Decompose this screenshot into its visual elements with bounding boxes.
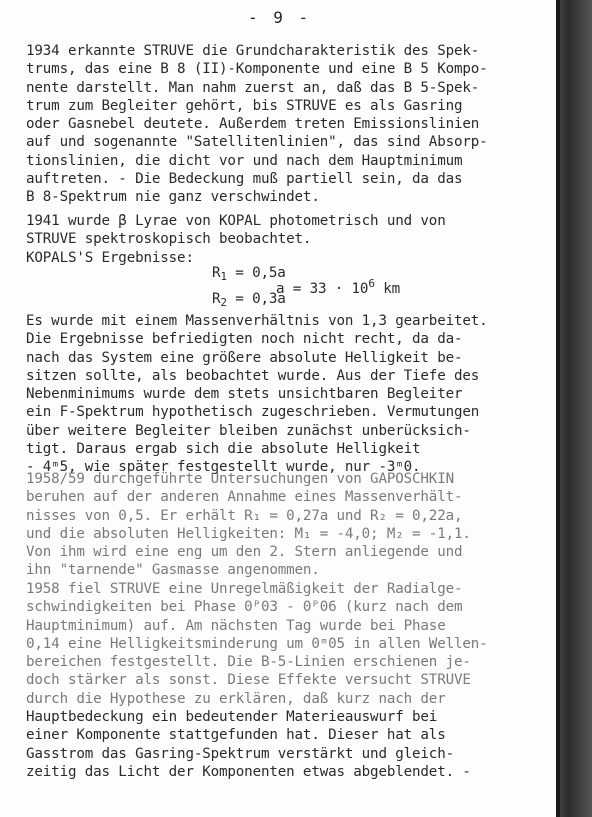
text-line: Hauptminimum) auf. Am nächsten Tag wurde…: [26, 617, 488, 635]
text-line: 1958 fiel STRUVE eine Unregelmäßigkeit d…: [26, 580, 488, 598]
paragraph-gaposchkin: 1958/59 durchgeführte Untersuchungen von…: [26, 470, 471, 580]
text-line: und die absoluten Helligkeiten: M₁ = -4,…: [26, 525, 471, 543]
paragraph-mass-ratio: Es wurde mit einem Massenverhältnis von …: [26, 312, 488, 477]
text-line: beruhen auf der anderen Annahme eines Ma…: [26, 488, 471, 506]
text-line: zeitig das Licht der Komponenten etwas a…: [26, 763, 488, 781]
text-line: trums, das eine B 8 (II)-Komponente und …: [26, 60, 488, 78]
paragraph-1934: 1934 erkannte STRUVE die Grundcharakteri…: [26, 42, 488, 207]
paragraph-1941: 1941 wurde β Lyrae von KOPAL photometris…: [26, 212, 446, 267]
text-line: nisses von 0,5. Er erhält R₁ = 0,27a und…: [26, 507, 471, 525]
text-line: Es wurde mit einem Massenverhältnis von …: [26, 312, 488, 330]
text-line: durch die Hypothese zu erklären, daß kur…: [26, 690, 488, 708]
text-line: doch stärker als sonst. Diese Effekte ve…: [26, 671, 488, 689]
text-line: 1934 erkannte STRUVE die Grundcharakteri…: [26, 42, 488, 60]
text-line: einer Komponente stattgefunden hat. Dies…: [26, 726, 488, 744]
text-line: schwindigkeiten bei Phase 0ᴾ03 - 0ᴾ06 (k…: [26, 598, 488, 616]
text-line: auf und sogenannte "Satellitenlinien", d…: [26, 133, 488, 151]
text-line: 1941 wurde β Lyrae von KOPAL photometris…: [26, 212, 446, 230]
text-line: ihn "tarnende" Gasmasse angenommen.: [26, 561, 471, 579]
text-line: B 8-Spektrum nie ganz verschwindet.: [26, 188, 488, 206]
text-line: auftreten. - Die Bedeckung muß partiell …: [26, 170, 488, 188]
paragraph-1958-struve: 1958 fiel STRUVE eine Unregelmäßigkeit d…: [26, 580, 488, 781]
page-number: - 9 -: [248, 8, 311, 27]
text-line: Die Ergebnisse befriedigten noch nicht r…: [26, 330, 488, 348]
formula-a: a = 33 · 106 km: [276, 277, 400, 297]
text-line: Von ihm wird eine eng um den 2. Stern an…: [26, 543, 471, 561]
text-line: 0,14 eine Helligkeitsminderung um 0ᵐ05 i…: [26, 635, 488, 653]
formula-r2: R2 = 0,3a: [212, 291, 286, 309]
text-line: Nebenminimums wurde dem stets unsichtbar…: [26, 385, 488, 403]
text-line: nach das System eine größere absolute He…: [26, 349, 488, 367]
text-line: sitzen sollte, als beobachtet wurde. Aus…: [26, 367, 488, 385]
text-line: bereichen festgestellt. Die B-5-Linien e…: [26, 653, 488, 671]
text-line: tigt. Daraus ergab sich die absolute Hel…: [26, 440, 488, 458]
formula-r1: R1 = 0,5a: [212, 265, 286, 283]
text-line: Hauptbedeckung ein bedeutender Materieau…: [26, 708, 488, 726]
scan-page-edge: [556, 0, 592, 817]
text-line: trum zum Begleiter gehört, bis STRUVE es…: [26, 97, 488, 115]
text-line: STRUVE spektroskopisch beobachtet.: [26, 230, 446, 248]
text-line: tionslinien, die dicht vor und nach dem …: [26, 152, 488, 170]
text-line: über weitere Begleiter bleiben zunächst …: [26, 422, 488, 440]
text-line: Gasstrom das Gasring-Spektrum verstärkt …: [26, 745, 488, 763]
text-line: 1958/59 durchgeführte Untersuchungen von…: [26, 470, 471, 488]
text-line: nente darstellt. Man nahm zuerst an, daß…: [26, 79, 488, 97]
document-page: - 9 - 1934 erkannte STRUVE die Grundchar…: [0, 0, 556, 817]
text-line: oder Gasnebel deutete. Außerdem treten E…: [26, 115, 488, 133]
text-line: ein F-Spektrum hypothetisch zugeschriebe…: [26, 403, 488, 421]
